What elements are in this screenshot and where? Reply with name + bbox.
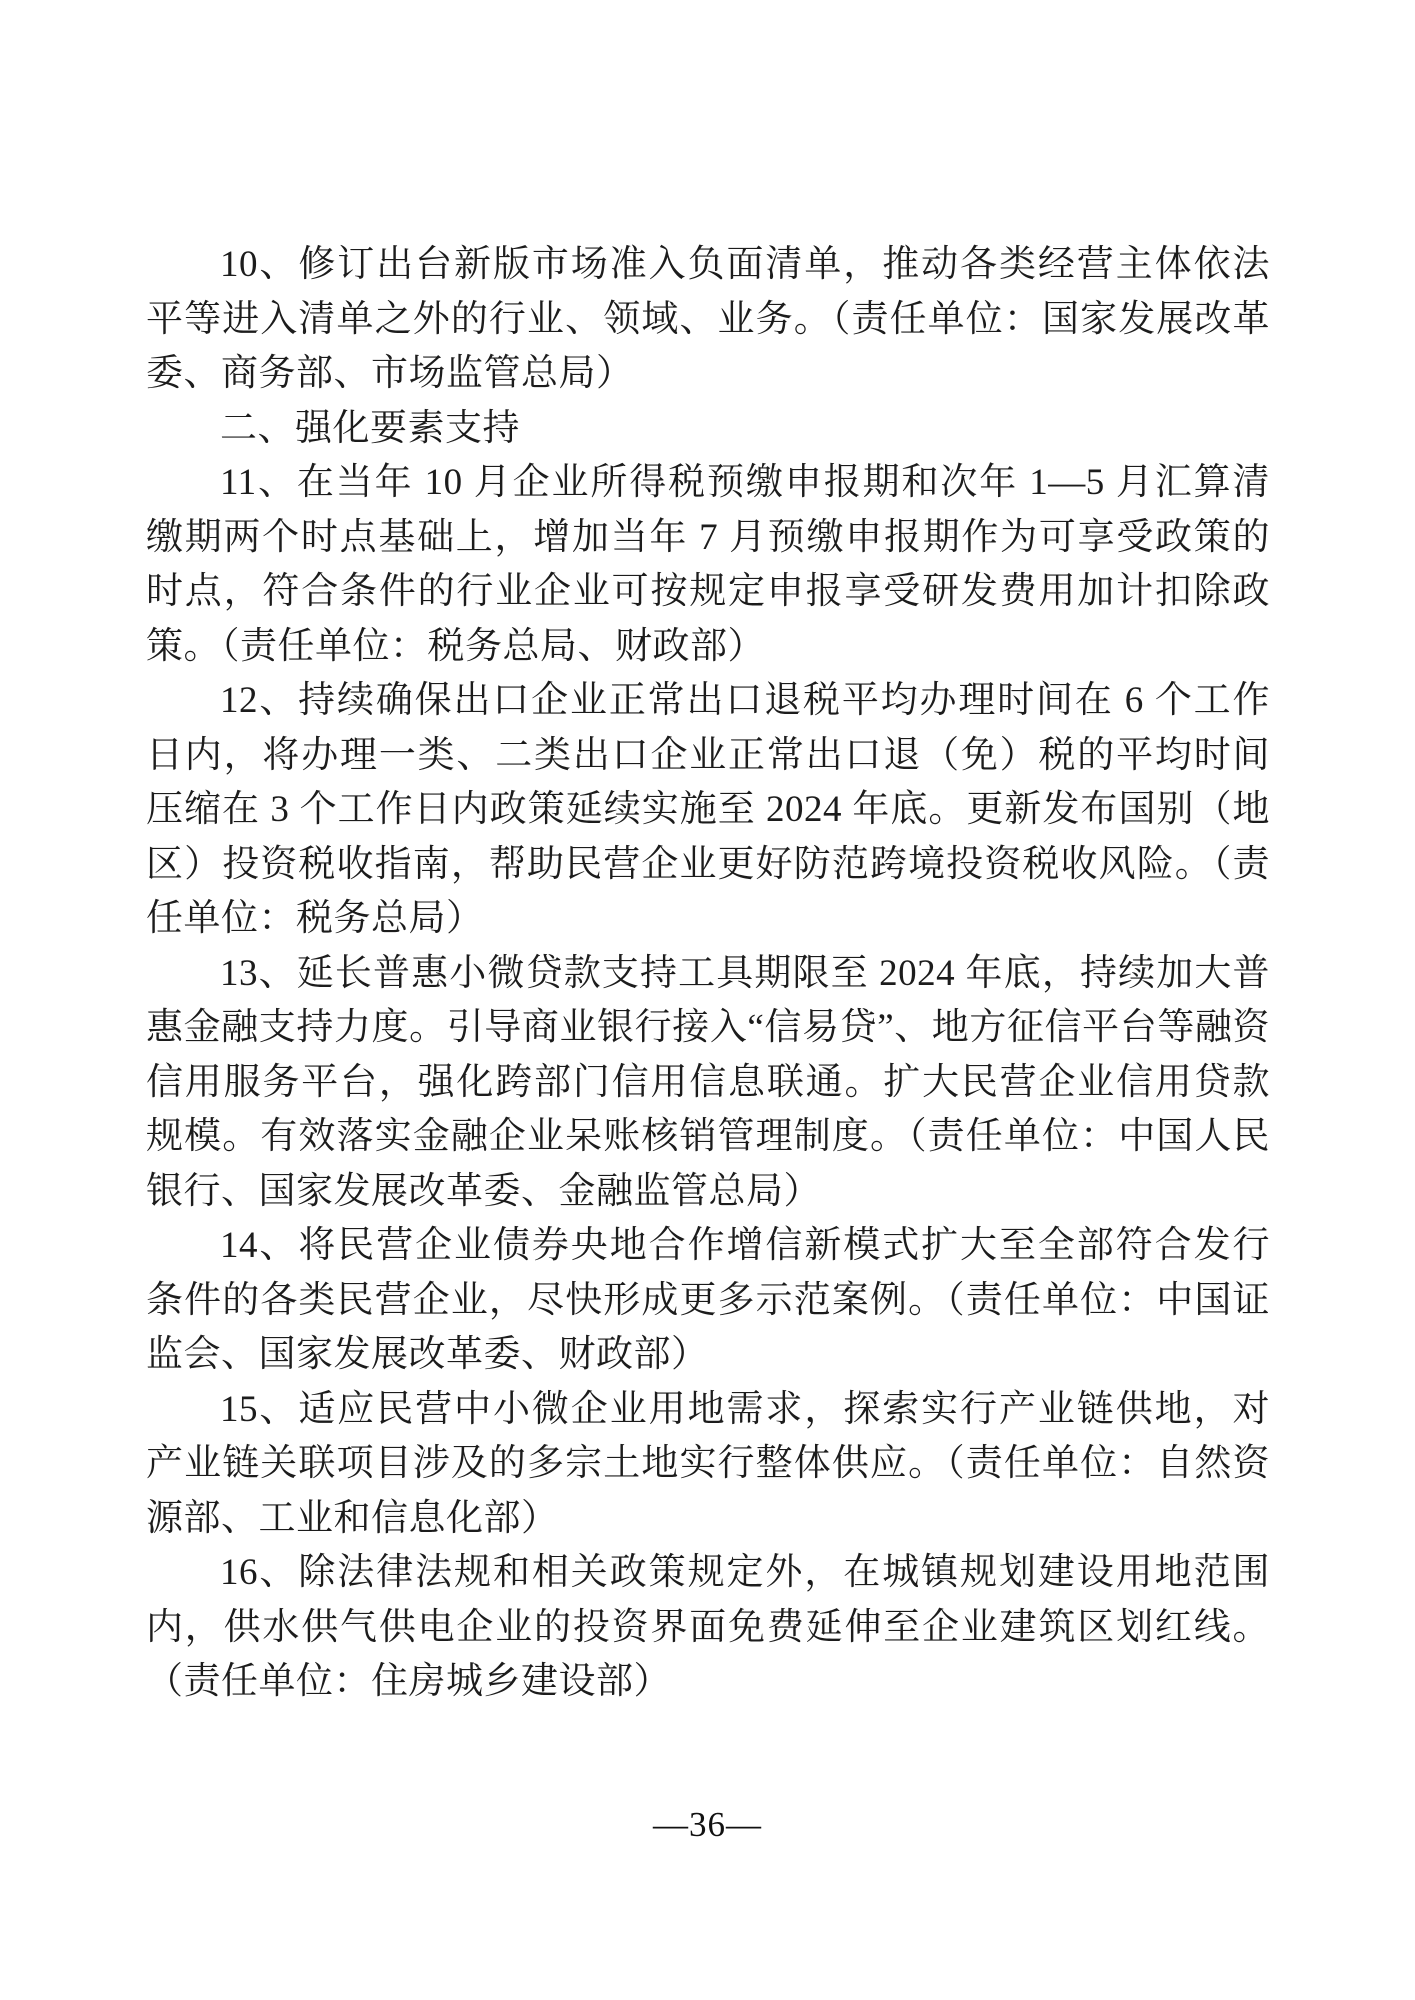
page-number: —36— bbox=[0, 1805, 1415, 1845]
section-heading: 二、强化要素支持 bbox=[146, 402, 1270, 457]
paragraph-item-11: 11、在当年 10 月企业所得税预缴申报期和次年 1—5 月汇算清缴期两个时点基… bbox=[146, 456, 1270, 674]
paragraph-item-12: 12、持续确保出口企业正常出口退税平均办理时间在 6 个工作日内，将办理一类、二… bbox=[146, 674, 1270, 947]
document-body: 10、修订出台新版市场准入负面清单，推动各类经营主体依法平等进入清单之外的行业、… bbox=[146, 238, 1270, 1710]
paragraph-item-16: 16、除法律法规和相关政策规定外，在城镇规划建设用地范围内，供水供气供电企业的投… bbox=[146, 1546, 1270, 1710]
paragraph-item-13: 13、延长普惠小微贷款支持工具期限至 2024 年底，持续加大普惠金融支持力度。… bbox=[146, 947, 1270, 1220]
paragraph-item-15: 15、适应民营中小微企业用地需求，探索实行产业链供地，对产业链关联项目涉及的多宗… bbox=[146, 1383, 1270, 1547]
paragraph-item-14: 14、将民营企业债券央地合作增信新模式扩大至全部符合发行条件的各类民营企业，尽快… bbox=[146, 1219, 1270, 1383]
document-page: 10、修订出台新版市场准入负面清单，推动各类经营主体依法平等进入清单之外的行业、… bbox=[0, 0, 1415, 2000]
paragraph-item-10: 10、修订出台新版市场准入负面清单，推动各类经营主体依法平等进入清单之外的行业、… bbox=[146, 238, 1270, 402]
